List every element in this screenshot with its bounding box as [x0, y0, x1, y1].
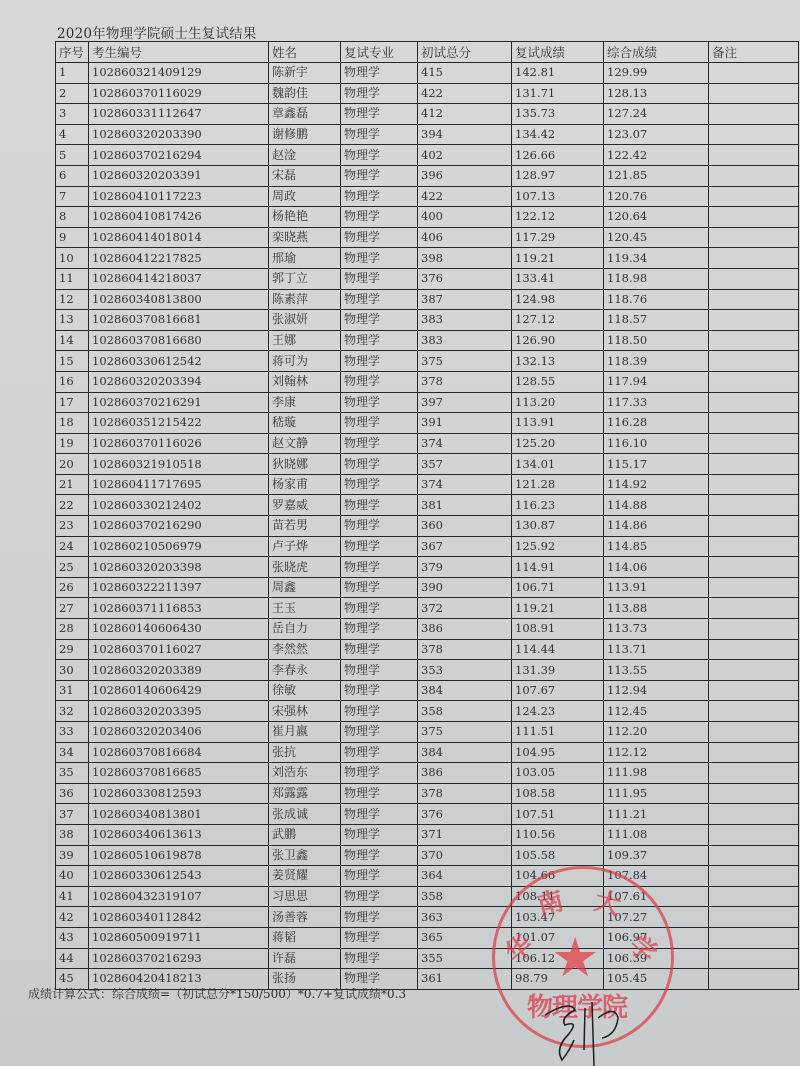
cell-prelim-score: 422: [418, 83, 512, 104]
cell-retest-score: 124.23: [512, 701, 604, 722]
cell-remark: [709, 783, 799, 804]
cell-index: 2: [56, 83, 89, 104]
cell-total-score: 118.50: [604, 330, 709, 351]
cell-candidate-id: 102860510619878: [89, 845, 269, 866]
cell-prelim-score: 357: [418, 454, 512, 475]
cell-name: 张淑妍: [269, 310, 341, 331]
cell-major: 物理学: [341, 948, 418, 969]
cell-candidate-id: 102860370216290: [89, 516, 269, 537]
signature: [540, 990, 640, 1066]
cell-prelim-score: 363: [418, 907, 512, 928]
cell-total-score: 127.24: [604, 104, 709, 125]
cell-retest-score: 116.23: [512, 495, 604, 516]
table-row: 21102860411717695杨家甫物理学374121.28114.92: [56, 474, 799, 495]
cell-name: 苗若男: [269, 516, 341, 537]
cell-index: 37: [56, 804, 89, 825]
cell-name: 赵文静: [269, 433, 341, 454]
table-row: 9102860414018014栾晓燕物理学406117.29120.45: [56, 227, 799, 248]
table-row: 43102860500919711蒋韬物理学365101.07106.97: [56, 927, 799, 948]
cell-total-score: 117.94: [604, 371, 709, 392]
table-row: 10102860412217825邢瑜物理学398119.21119.34: [56, 248, 799, 269]
cell-remark: [709, 680, 799, 701]
cell-major: 物理学: [341, 104, 418, 125]
cell-remark: [709, 701, 799, 722]
column-header: 姓名: [269, 42, 341, 63]
cell-remark: [709, 186, 799, 207]
cell-name: 章鑫磊: [269, 104, 341, 125]
cell-name: 谢修鹏: [269, 124, 341, 145]
cell-name: 王娜: [269, 330, 341, 351]
cell-prelim-score: 378: [418, 371, 512, 392]
cell-index: 41: [56, 886, 89, 907]
cell-total-score: 118.57: [604, 310, 709, 331]
cell-remark: [709, 742, 799, 763]
cell-retest-score: 134.42: [512, 124, 604, 145]
table-row: 38102860340613613武鹏物理学371110.56111.08: [56, 824, 799, 845]
cell-prelim-score: 375: [418, 351, 512, 372]
cell-remark: [709, 948, 799, 969]
cell-retest-score: 134.01: [512, 454, 604, 475]
cell-retest-score: 135.73: [512, 104, 604, 125]
cell-major: 物理学: [341, 701, 418, 722]
cell-name: 嵇璇: [269, 413, 341, 434]
cell-candidate-id: 102860330812593: [89, 783, 269, 804]
cell-prelim-score: 374: [418, 474, 512, 495]
cell-total-score: 120.76: [604, 186, 709, 207]
cell-retest-score: 114.44: [512, 639, 604, 660]
cell-index: 30: [56, 660, 89, 681]
cell-prelim-score: 387: [418, 289, 512, 310]
table-row: 37102860340813801张成诚物理学376107.51111.21: [56, 804, 799, 825]
cell-major: 物理学: [341, 927, 418, 948]
cell-total-score: 113.73: [604, 619, 709, 640]
cell-remark: [709, 145, 799, 166]
cell-name: 崔月嬴: [269, 722, 341, 743]
cell-prelim-score: 358: [418, 886, 512, 907]
cell-prelim-score: 406: [418, 227, 512, 248]
cell-prelim-score: 365: [418, 927, 512, 948]
cell-candidate-id: 102860320203406: [89, 722, 269, 743]
cell-retest-score: 119.21: [512, 598, 604, 619]
cell-prelim-score: 375: [418, 722, 512, 743]
cell-index: 7: [56, 186, 89, 207]
cell-prelim-score: 383: [418, 310, 512, 331]
cell-index: 34: [56, 742, 89, 763]
cell-major: 物理学: [341, 763, 418, 784]
cell-remark: [709, 763, 799, 784]
cell-remark: [709, 495, 799, 516]
cell-name: 张成诚: [269, 804, 341, 825]
cell-candidate-id: 102860330612542: [89, 351, 269, 372]
cell-retest-score: 122.12: [512, 207, 604, 228]
table-row: 22102860330212402罗嘉威物理学381116.23114.88: [56, 495, 799, 516]
cell-remark: [709, 63, 799, 84]
cell-retest-score: 107.67: [512, 680, 604, 701]
cell-name: 魏韵佳: [269, 83, 341, 104]
cell-remark: [709, 722, 799, 743]
cell-total-score: 112.12: [604, 742, 709, 763]
cell-name: 郑露露: [269, 783, 341, 804]
cell-candidate-id: 102860210506979: [89, 536, 269, 557]
cell-name: 狄晓娜: [269, 454, 341, 475]
cell-prelim-score: 367: [418, 536, 512, 557]
cell-prelim-score: 374: [418, 433, 512, 454]
cell-index: 14: [56, 330, 89, 351]
cell-index: 19: [56, 433, 89, 454]
cell-major: 物理学: [341, 433, 418, 454]
column-header: 序号: [56, 42, 89, 63]
cell-retest-score: 128.97: [512, 165, 604, 186]
cell-prelim-score: 386: [418, 763, 512, 784]
cell-total-score: 106.39: [604, 948, 709, 969]
cell-candidate-id: 102860370216291: [89, 392, 269, 413]
cell-total-score: 123.07: [604, 124, 709, 145]
cell-prelim-score: 400: [418, 207, 512, 228]
cell-retest-score: 130.87: [512, 516, 604, 537]
cell-candidate-id: 102860412217825: [89, 248, 269, 269]
cell-prelim-score: 358: [418, 701, 512, 722]
cell-major: 物理学: [341, 63, 418, 84]
cell-candidate-id: 102860351215422: [89, 413, 269, 434]
column-header: 复试专业: [341, 42, 418, 63]
cell-total-score: 112.94: [604, 680, 709, 701]
cell-index: 27: [56, 598, 89, 619]
table-row: 7102860410117223周政物理学422107.13120.76: [56, 186, 799, 207]
cell-major: 物理学: [341, 742, 418, 763]
cell-major: 物理学: [341, 866, 418, 887]
cell-index: 25: [56, 557, 89, 578]
table-row: 27102860371116853王玉物理学372119.21113.88: [56, 598, 799, 619]
cell-retest-score: 128.55: [512, 371, 604, 392]
cell-retest-score: 124.98: [512, 289, 604, 310]
table-row: 24102860210506979卢子烨物理学367125.92114.85: [56, 536, 799, 557]
cell-total-score: 112.20: [604, 722, 709, 743]
cell-total-score: 106.97: [604, 927, 709, 948]
table-row: 17102860370216291李康物理学397113.20117.33: [56, 392, 799, 413]
cell-candidate-id: 102860330612543: [89, 866, 269, 887]
cell-remark: [709, 866, 799, 887]
cell-remark: [709, 907, 799, 928]
cell-name: 习思思: [269, 886, 341, 907]
table-row: 4102860320203390谢修鹏物理学394134.42123.07: [56, 124, 799, 145]
cell-index: 38: [56, 824, 89, 845]
cell-candidate-id: 102860320203395: [89, 701, 269, 722]
cell-total-score: 122.42: [604, 145, 709, 166]
table-row: 39102860510619878张卫鑫物理学370105.58109.37: [56, 845, 799, 866]
cell-retest-score: 142.81: [512, 63, 604, 84]
cell-remark: [709, 660, 799, 681]
table-header-row: 序号考生编号姓名复试专业初试总分复试成绩综合成绩备注: [56, 42, 799, 63]
cell-major: 物理学: [341, 413, 418, 434]
cell-prelim-score: 398: [418, 248, 512, 269]
cell-name: 陈新宇: [269, 63, 341, 84]
cell-candidate-id: 102860320203389: [89, 660, 269, 681]
cell-remark: [709, 289, 799, 310]
cell-prelim-score: 361: [418, 969, 512, 990]
cell-major: 物理学: [341, 639, 418, 660]
cell-candidate-id: 102860370816684: [89, 742, 269, 763]
cell-total-score: 129.99: [604, 63, 709, 84]
cell-total-score: 111.21: [604, 804, 709, 825]
cell-retest-score: 113.91: [512, 413, 604, 434]
cell-major: 物理学: [341, 577, 418, 598]
table-row: 8102860410817426杨艳艳物理学400122.12120.64: [56, 207, 799, 228]
cell-major: 物理学: [341, 145, 418, 166]
cell-index: 17: [56, 392, 89, 413]
cell-remark: [709, 392, 799, 413]
cell-prelim-score: 381: [418, 495, 512, 516]
cell-index: 6: [56, 165, 89, 186]
cell-prelim-score: 412: [418, 104, 512, 125]
cell-candidate-id: 102860321910518: [89, 454, 269, 475]
cell-name: 陈素萍: [269, 289, 341, 310]
table-row: 28102860140606430岳自力物理学386108.91113.73: [56, 619, 799, 640]
cell-total-score: 113.91: [604, 577, 709, 598]
cell-index: 24: [56, 536, 89, 557]
cell-remark: [709, 165, 799, 186]
cell-retest-score: 103.05: [512, 763, 604, 784]
cell-remark: [709, 433, 799, 454]
table-row: 34102860370816684张抗物理学384104.95112.12: [56, 742, 799, 763]
table-row: 36102860330812593郑露露物理学378108.58111.95: [56, 783, 799, 804]
cell-candidate-id: 102860321409129: [89, 63, 269, 84]
cell-remark: [709, 227, 799, 248]
cell-remark: [709, 248, 799, 269]
cell-major: 物理学: [341, 289, 418, 310]
cell-prelim-score: 415: [418, 63, 512, 84]
table-row: 14102860370816680王娜物理学383126.90118.50: [56, 330, 799, 351]
cell-major: 物理学: [341, 680, 418, 701]
cell-retest-score: 127.12: [512, 310, 604, 331]
cell-remark: [709, 268, 799, 289]
cell-remark: [709, 927, 799, 948]
cell-candidate-id: 102860414018014: [89, 227, 269, 248]
cell-remark: [709, 557, 799, 578]
table-row: 1102860321409129陈新宇物理学415142.81129.99: [56, 63, 799, 84]
cell-major: 物理学: [341, 207, 418, 228]
cell-name: 周鑫: [269, 577, 341, 598]
cell-name: 杨艳艳: [269, 207, 341, 228]
cell-index: 20: [56, 454, 89, 475]
cell-index: 11: [56, 268, 89, 289]
cell-total-score: 116.28: [604, 413, 709, 434]
cell-candidate-id: 102860432319107: [89, 886, 269, 907]
cell-prelim-score: 394: [418, 124, 512, 145]
cell-name: 汤善蓉: [269, 907, 341, 928]
cell-retest-score: 125.92: [512, 536, 604, 557]
cell-name: 张卫鑫: [269, 845, 341, 866]
cell-name: 罗嘉威: [269, 495, 341, 516]
table-row: 2102860370116029魏韵佳物理学422131.71128.13: [56, 83, 799, 104]
cell-index: 28: [56, 619, 89, 640]
cell-name: 郭丁立: [269, 268, 341, 289]
cell-candidate-id: 102860370116027: [89, 639, 269, 660]
cell-name: 张晓虎: [269, 557, 341, 578]
cell-remark: [709, 371, 799, 392]
cell-total-score: 105.45: [604, 969, 709, 990]
cell-total-score: 119.34: [604, 248, 709, 269]
column-header: 综合成绩: [604, 42, 709, 63]
cell-index: 39: [56, 845, 89, 866]
cell-total-score: 114.85: [604, 536, 709, 557]
cell-total-score: 118.76: [604, 289, 709, 310]
cell-total-score: 115.17: [604, 454, 709, 475]
cell-major: 物理学: [341, 722, 418, 743]
cell-total-score: 120.64: [604, 207, 709, 228]
cell-remark: [709, 969, 799, 990]
cell-candidate-id: 102860320203394: [89, 371, 269, 392]
cell-total-score: 114.92: [604, 474, 709, 495]
table-row: 13102860370816681张淑妍物理学383127.12118.57: [56, 310, 799, 331]
cell-candidate-id: 102860320203398: [89, 557, 269, 578]
cell-retest-score: 104.66: [512, 866, 604, 887]
cell-major: 物理学: [341, 907, 418, 928]
cell-prelim-score: 378: [418, 783, 512, 804]
table-row: 12102860340813800陈素萍物理学387124.98118.76: [56, 289, 799, 310]
cell-name: 蒋可为: [269, 351, 341, 372]
table-row: 18102860351215422嵇璇物理学391113.91116.28: [56, 413, 799, 434]
cell-remark: [709, 83, 799, 104]
cell-candidate-id: 102860370216294: [89, 145, 269, 166]
cell-remark: [709, 207, 799, 228]
cell-total-score: 112.45: [604, 701, 709, 722]
cell-total-score: 113.88: [604, 598, 709, 619]
cell-prelim-score: 371: [418, 824, 512, 845]
cell-index: 5: [56, 145, 89, 166]
cell-remark: [709, 639, 799, 660]
cell-candidate-id: 102860370816680: [89, 330, 269, 351]
cell-prelim-score: 376: [418, 268, 512, 289]
cell-name: 李春永: [269, 660, 341, 681]
cell-index: 13: [56, 310, 89, 331]
table-row: 15102860330612542蒋可为物理学375132.13118.39: [56, 351, 799, 372]
table-body: 1102860321409129陈新宇物理学415142.81129.99210…: [56, 63, 799, 990]
cell-retest-score: 105.58: [512, 845, 604, 866]
cell-retest-score: 98.79: [512, 969, 604, 990]
column-header: 初试总分: [418, 42, 512, 63]
cell-name: 姜贤耀: [269, 866, 341, 887]
cell-candidate-id: 102860500919711: [89, 927, 269, 948]
cell-prelim-score: 372: [418, 598, 512, 619]
cell-major: 物理学: [341, 783, 418, 804]
table-row: 3102860331112647章鑫磊物理学412135.73127.24: [56, 104, 799, 125]
cell-major: 物理学: [341, 660, 418, 681]
column-header: 复试成绩: [512, 42, 604, 63]
cell-retest-score: 114.91: [512, 557, 604, 578]
cell-candidate-id: 102860340813801: [89, 804, 269, 825]
cell-name: 蒋韬: [269, 927, 341, 948]
cell-index: 16: [56, 371, 89, 392]
table-row: 33102860320203406崔月嬴物理学375111.51112.20: [56, 722, 799, 743]
cell-retest-score: 107.13: [512, 186, 604, 207]
cell-index: 1: [56, 63, 89, 84]
cell-index: 3: [56, 104, 89, 125]
cell-index: 15: [56, 351, 89, 372]
cell-total-score: 114.88: [604, 495, 709, 516]
cell-major: 物理学: [341, 330, 418, 351]
cell-remark: [709, 413, 799, 434]
cell-remark: [709, 824, 799, 845]
cell-candidate-id: 102860320203391: [89, 165, 269, 186]
cell-name: 刘浩东: [269, 763, 341, 784]
cell-total-score: 111.08: [604, 824, 709, 845]
cell-retest-score: 113.20: [512, 392, 604, 413]
cell-name: 宋磊: [269, 165, 341, 186]
cell-remark: [709, 474, 799, 495]
table-row: 25102860320203398张晓虎物理学379114.91114.06: [56, 557, 799, 578]
cell-name: 武鹏: [269, 824, 341, 845]
cell-total-score: 109.37: [604, 845, 709, 866]
cell-prelim-score: 370: [418, 845, 512, 866]
cell-index: 10: [56, 248, 89, 269]
cell-major: 物理学: [341, 310, 418, 331]
cell-prelim-score: 353: [418, 660, 512, 681]
cell-candidate-id: 102860340112842: [89, 907, 269, 928]
cell-remark: [709, 536, 799, 557]
document-title: 2020年物理学院硕士生复试结果: [57, 22, 257, 42]
cell-remark: [709, 351, 799, 372]
cell-major: 物理学: [341, 454, 418, 475]
table-row: 20102860321910518狄晓娜物理学357134.01115.17: [56, 454, 799, 475]
cell-total-score: 107.84: [604, 866, 709, 887]
column-header: 备注: [709, 42, 799, 63]
cell-index: 4: [56, 124, 89, 145]
cell-name: 王玉: [269, 598, 341, 619]
cell-major: 物理学: [341, 536, 418, 557]
cell-prelim-score: 355: [418, 948, 512, 969]
cell-index: 43: [56, 927, 89, 948]
cell-remark: [709, 516, 799, 537]
cell-retest-score: 121.28: [512, 474, 604, 495]
cell-prelim-score: 376: [418, 804, 512, 825]
table-row: 32102860320203395宋强林物理学358124.23112.45: [56, 701, 799, 722]
column-header: 考生编号: [89, 42, 269, 63]
table-row: 44102860370216293许磊物理学355106.12106.39: [56, 948, 799, 969]
cell-total-score: 117.33: [604, 392, 709, 413]
cell-major: 物理学: [341, 165, 418, 186]
table-row: 6102860320203391宋磊物理学396128.97121.85: [56, 165, 799, 186]
cell-remark: [709, 124, 799, 145]
cell-index: 36: [56, 783, 89, 804]
cell-retest-score: 107.51: [512, 804, 604, 825]
cell-candidate-id: 102860414218037: [89, 268, 269, 289]
cell-name: 周政: [269, 186, 341, 207]
cell-name: 李然然: [269, 639, 341, 660]
cell-candidate-id: 102860371116853: [89, 598, 269, 619]
cell-candidate-id: 102860140606430: [89, 619, 269, 640]
table-row: 19102860370116026赵文静物理学374125.20116.10: [56, 433, 799, 454]
cell-retest-score: 125.20: [512, 433, 604, 454]
cell-prelim-score: 386: [418, 619, 512, 640]
cell-total-score: 111.98: [604, 763, 709, 784]
cell-index: 31: [56, 680, 89, 701]
cell-total-score: 118.39: [604, 351, 709, 372]
cell-candidate-id: 102860331112647: [89, 104, 269, 125]
cell-name: 许磊: [269, 948, 341, 969]
cell-remark: [709, 619, 799, 640]
cell-major: 物理学: [341, 248, 418, 269]
cell-remark: [709, 804, 799, 825]
cell-prelim-score: 384: [418, 680, 512, 701]
cell-remark: [709, 330, 799, 351]
cell-index: 40: [56, 866, 89, 887]
cell-retest-score: 106.12: [512, 948, 604, 969]
cell-retest-score: 108.11: [512, 886, 604, 907]
cell-retest-score: 104.95: [512, 742, 604, 763]
table-row: 30102860320203389李春永物理学353131.39113.55: [56, 660, 799, 681]
cell-name: 李康: [269, 392, 341, 413]
cell-major: 物理学: [341, 886, 418, 907]
